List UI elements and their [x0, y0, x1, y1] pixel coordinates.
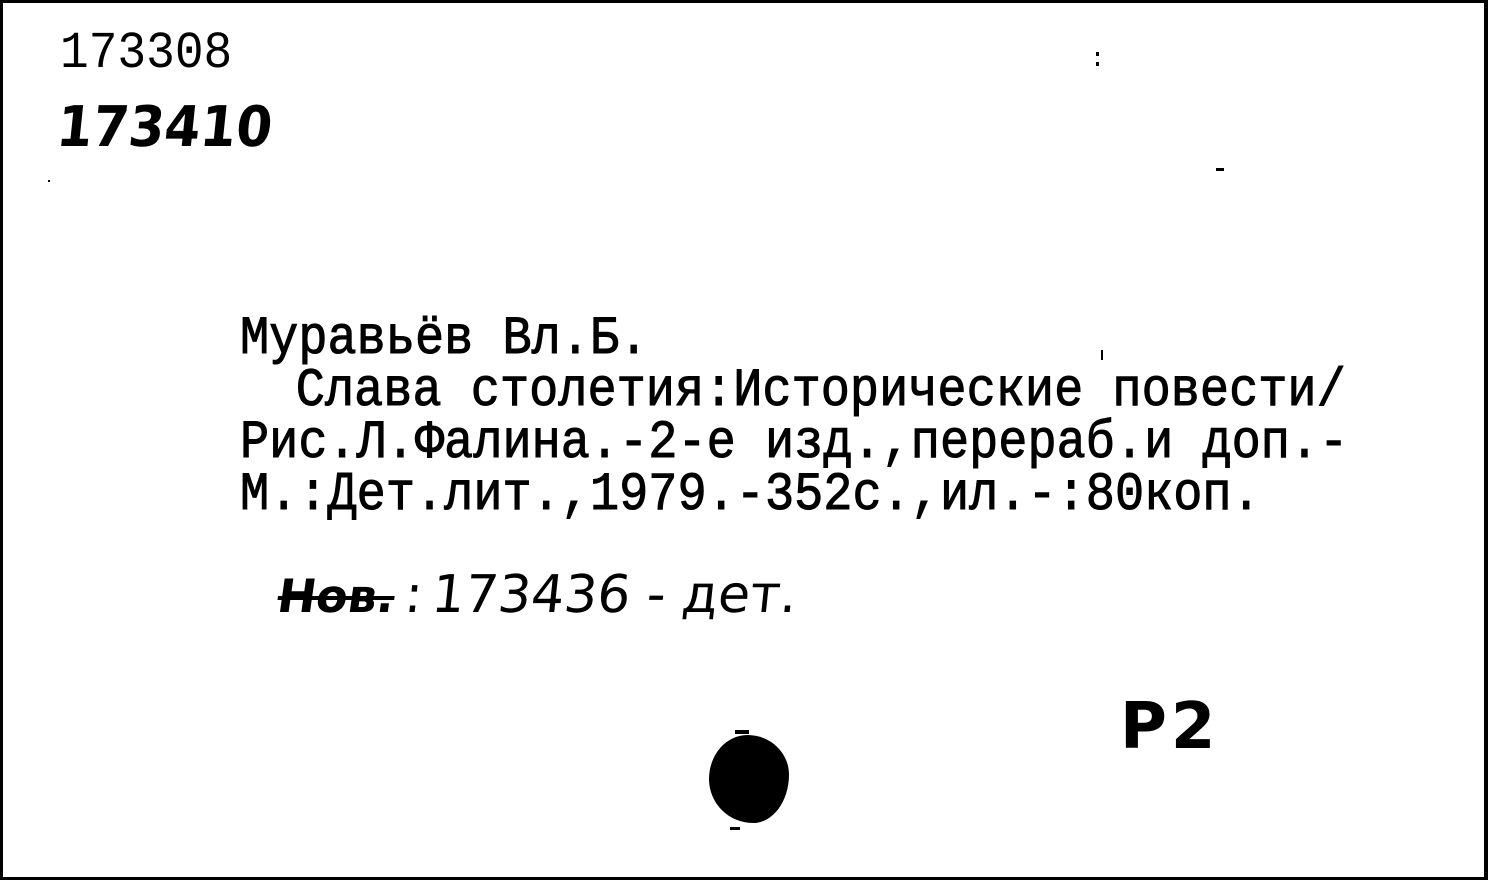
accession-number: 173436 - дет.: [429, 565, 800, 625]
catalog-card: 173308 173410 Муравьёв Вл.Б. Слава столе…: [0, 0, 1488, 880]
scan-speck: [1216, 168, 1224, 171]
scan-speck: [1101, 350, 1103, 360]
inventory-number-handwritten: 173410: [54, 100, 275, 156]
scan-speck: [1096, 62, 1099, 66]
accession-label-struck: Нов.: [274, 569, 398, 623]
entry-imprint-line: М.:Дет.лит.,1979.-352с.,ил.-:80коп.: [240, 470, 1348, 522]
scan-border-top: [0, 0, 1488, 3]
scan-border-left: [0, 0, 3, 880]
scan-speck: [730, 827, 740, 830]
scan-speck: [1096, 52, 1099, 56]
bibliographic-entry: Муравьёв Вл.Б. Слава столетия:Историческ…: [240, 314, 1471, 522]
accession-separator: :: [402, 565, 426, 625]
scan-speck: [735, 730, 749, 734]
punch-hole: [709, 735, 789, 823]
entry-title-line: Слава столетия:Исторические повести/: [240, 366, 1348, 418]
entry-edition-line: Рис.Л.Фалина.-2-е изд.,перераб.и доп.-: [240, 418, 1348, 470]
inventory-number-typed: 173308: [60, 28, 232, 80]
scan-border-right: [1484, 0, 1488, 880]
shelf-mark: Р2: [1120, 690, 1219, 764]
scan-speck: [48, 180, 50, 182]
entry-author-line: Муравьёв Вл.Б.: [240, 314, 1348, 366]
accession-note: Нов. : 173436 - дет.: [278, 565, 797, 625]
